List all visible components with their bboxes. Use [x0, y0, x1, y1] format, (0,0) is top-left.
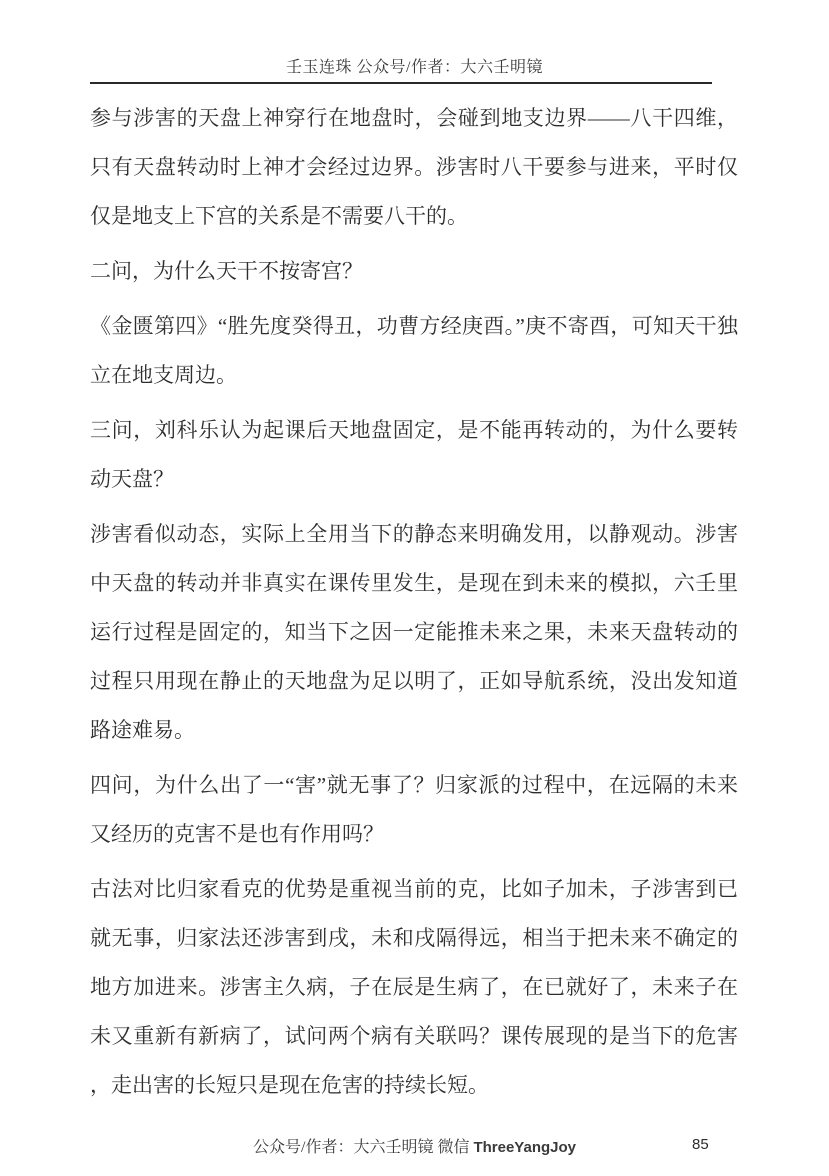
footer-text: 公众号/作者：大六壬明镜 微信	[253, 1139, 473, 1156]
body-paragraph: 三问，刘科乐认为起课后天地盘固定，是不能再转动的，为什么要转动天盘？	[90, 406, 738, 504]
body-paragraph: 涉害看似动态，实际上全用当下的静态来明确发用，以静观动。涉害中天盘的转动并非真实…	[90, 510, 738, 755]
body-paragraph: 《金匮第四》“胜先度癸得丑，功曹方经庚酉。”庚不寄酉，可知天干独立在地支周边。	[90, 302, 738, 400]
body-paragraph: 二问，为什么天干不按寄宫？	[90, 247, 738, 296]
document-page: 壬玉连珠 公众号/作者：大六壬明镜 参与涉害的天盘上神穿行在地盘时，会碰到地支边…	[0, 0, 829, 1176]
page-number: 85	[692, 1136, 709, 1153]
header-divider	[90, 82, 712, 84]
body-paragraph: 古法对比归家看克的优势是重视当前的克，比如子加未，子涉害到已就无事，归家法还涉害…	[90, 865, 738, 1110]
wechat-id: ThreeYangJoy	[473, 1139, 576, 1156]
body-paragraph: 参与涉害的天盘上神穿行在地盘时，会碰到地支边界——八干四维，只有天盘转动时上神才…	[90, 94, 738, 241]
page-header-title: 壬玉连珠 公众号/作者：大六壬明镜	[0, 58, 829, 78]
document-body: 参与涉害的天盘上神穿行在地盘时，会碰到地支边界——八干四维，只有天盘转动时上神才…	[90, 94, 738, 1116]
body-paragraph: 四问，为什么出了一“害”就无事了？归家派的过程中，在远隔的未来又经历的克害不是也…	[90, 761, 738, 859]
